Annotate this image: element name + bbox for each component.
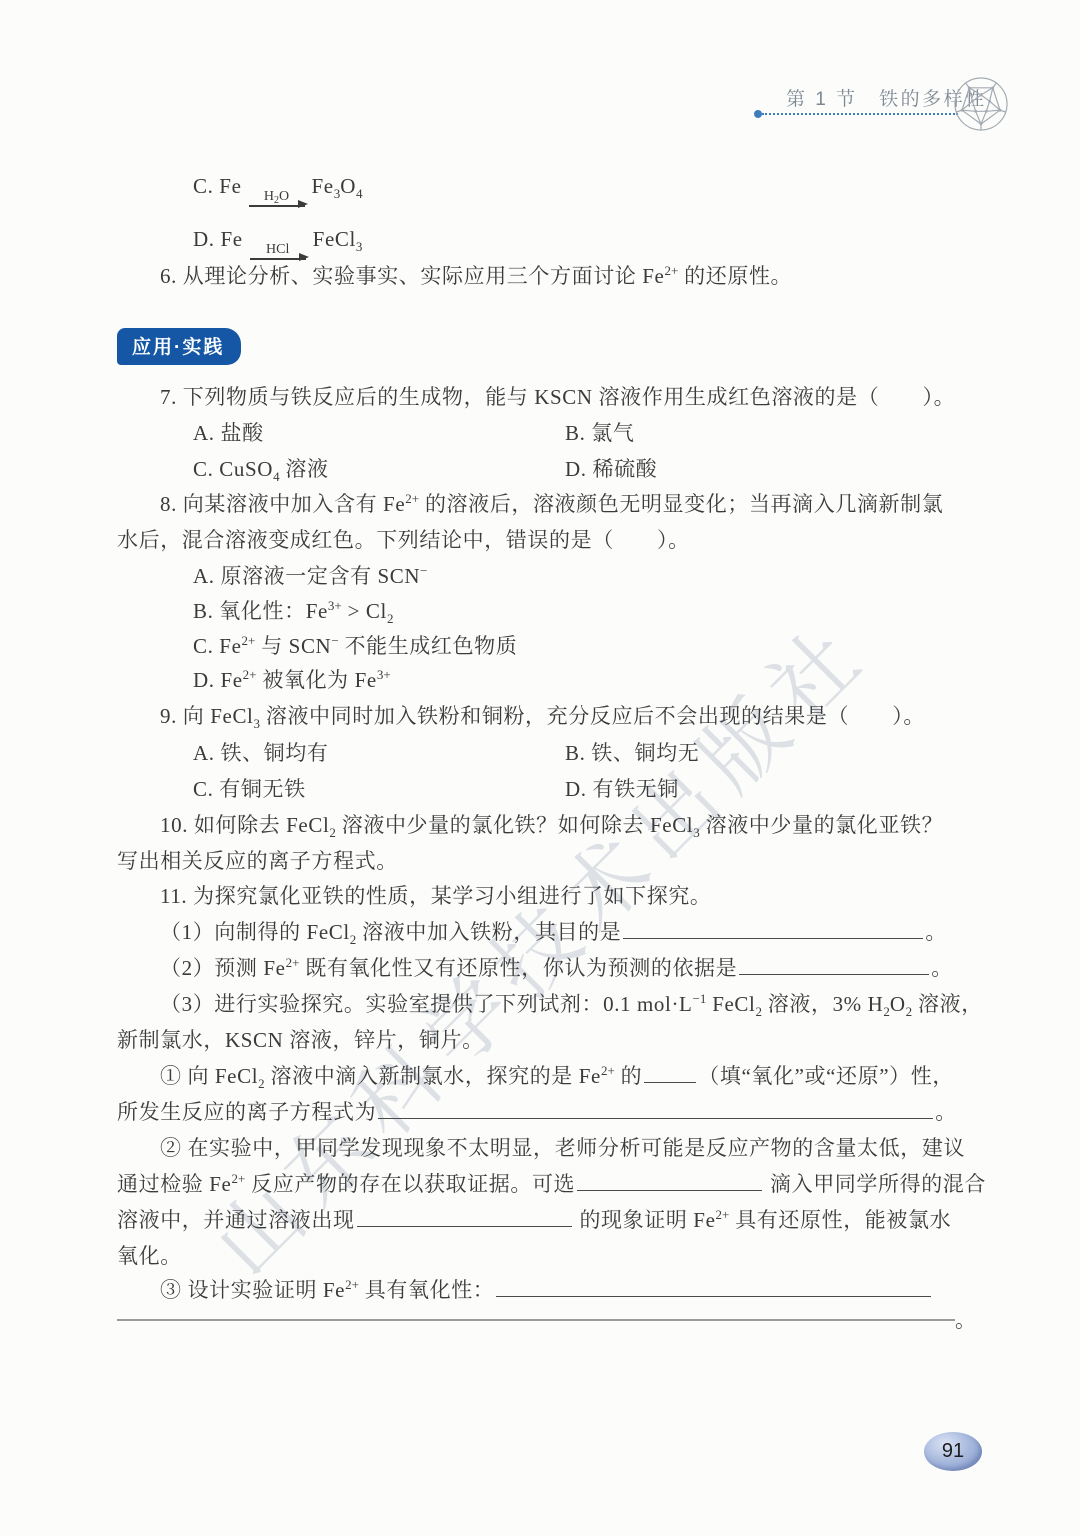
reaction-arrow: H2O bbox=[249, 189, 305, 212]
subscript-text: 2 bbox=[274, 195, 279, 206]
text-segment: B. 铁、铜均无 bbox=[565, 741, 699, 765]
text-segment: 所发生反应的离子方程式为 bbox=[117, 1100, 376, 1124]
text-segment: 。 bbox=[935, 1100, 957, 1124]
text-segment: 溶液中，并通过溶液出现 bbox=[117, 1208, 355, 1232]
option-9d: D. 有铁无铜 bbox=[565, 775, 679, 803]
subscript-text: 3 bbox=[693, 825, 700, 840]
superscript-text: 2+ bbox=[286, 955, 300, 970]
superscript-text: −1 bbox=[693, 991, 707, 1006]
text-segment: > Cl bbox=[342, 599, 387, 623]
textbook-page: 山东科学技术出版社 第 1 节 铁的多样性 应用·实践 C. FeH2OFe3O… bbox=[0, 0, 1080, 1536]
text-segment: 。 bbox=[931, 956, 953, 980]
item-circle-2-line-2: 通过检验 Fe2+ 反应产物的存在以获取证据。可选 滴入甲同学所得的混合 bbox=[117, 1170, 986, 1198]
text-segment: H bbox=[264, 189, 274, 204]
text-segment: 溶液， bbox=[912, 992, 983, 1016]
option-8b: B. 氧化性：Fe3+ > Cl2 bbox=[193, 597, 393, 625]
option-9a: A. 铁、铜均有 bbox=[193, 739, 328, 767]
text-segment: O bbox=[279, 189, 289, 204]
item-circle-3: ③ 设计实验证明 Fe2+ 具有氧化性： bbox=[160, 1276, 933, 1304]
text-segment: 被氧化为 Fe bbox=[257, 668, 377, 692]
text-segment: O bbox=[340, 174, 356, 198]
text-segment: A. 铁、铜均有 bbox=[193, 741, 328, 765]
text-segment: 氧化。 bbox=[117, 1244, 182, 1268]
subscript-text: 2 bbox=[350, 932, 357, 947]
text-segment: D. 有铁无铜 bbox=[565, 777, 679, 801]
text-segment: 溶液中同时加入铁粉和铜粉，充分反应后不会出现的结果是（ ）。 bbox=[260, 704, 925, 728]
text-segment: ② 在实验中，甲同学发现现象不太明显，老师分析可能是反应产物的含量太低，建议 bbox=[160, 1136, 965, 1160]
arrow-line bbox=[250, 258, 306, 260]
text-segment: 既有氧化性又有还原性，你认为预测的依据是 bbox=[299, 956, 737, 980]
answer-blank bbox=[644, 1080, 696, 1083]
text-segment: FeCl bbox=[313, 227, 356, 251]
text-segment: 写出相关反应的离子方程式。 bbox=[117, 849, 398, 873]
text-segment: C. CuSO bbox=[193, 457, 273, 481]
question-11-part-3-line-1: （3）进行实验探究。实验室提供了下列试剂：0.1 mol·L−1 FeCl2 溶… bbox=[160, 990, 983, 1018]
text-segment: （填“氧化”或“还原”）性， bbox=[698, 1064, 954, 1088]
text-segment: （3）进行实验探究。实验室提供了下列试剂：0.1 mol·L bbox=[160, 992, 693, 1016]
text-segment: 6. 从理论分析、实验事实、实际应用三个方面讨论 Fe bbox=[160, 264, 664, 288]
text-segment: HCl bbox=[266, 242, 289, 257]
page-number: 91 bbox=[942, 1440, 964, 1463]
text-segment: 10. 如何除去 FeCl bbox=[160, 813, 329, 837]
text-segment: 溶液中少量的氯化亚铁？ bbox=[700, 813, 943, 837]
text-segment: Fe bbox=[312, 174, 334, 198]
subscript-text: 3 bbox=[356, 239, 363, 254]
text-segment: 8. 向某溶液中加入含有 Fe bbox=[160, 492, 405, 516]
text-segment: D. Fe bbox=[193, 227, 243, 251]
text-segment: 溶液 bbox=[280, 457, 329, 481]
option-7d: D. 稀硫酸 bbox=[565, 455, 657, 483]
superscript-text: 2+ bbox=[231, 1171, 245, 1186]
text-segment: 滴入甲同学所得的混合 bbox=[764, 1172, 986, 1196]
item-circle-2-line-3: 溶液中，并通过溶液出现 的现象证明 Fe2+ 具有还原性，能被氯水 bbox=[117, 1206, 951, 1234]
arrow-line bbox=[249, 205, 305, 207]
question-7: 7. 下列物质与铁反应后的生成物，能与 KSCN 溶液作用生成红色溶液的是（ ）… bbox=[160, 383, 955, 411]
answer-blank bbox=[739, 972, 929, 975]
text-segment: 具有还原性，能被氯水 bbox=[729, 1208, 951, 1232]
answer-blank bbox=[496, 1294, 931, 1297]
reaction-line-c: C. FeH2OFe3O4 bbox=[193, 172, 362, 212]
question-6: 6. 从理论分析、实验事实、实际应用三个方面讨论 Fe2+ 的还原性。 bbox=[160, 262, 792, 290]
text-segment: 与 SCN bbox=[255, 634, 331, 658]
text-segment: 11. 为探究氯化亚铁的性质，某学习小组进行了如下探究。 bbox=[160, 884, 712, 908]
answer-blank bbox=[577, 1188, 762, 1191]
text-segment: C. Fe bbox=[193, 174, 242, 198]
text-segment: 的溶液后，溶液颜色无明显变化；当再滴入几滴新制氯 bbox=[419, 492, 943, 516]
text-segment: 7. 下列物质与铁反应后的生成物，能与 KSCN 溶液作用生成红色溶液的是（ ）… bbox=[160, 385, 955, 409]
question-11: 11. 为探究氯化亚铁的性质，某学习小组进行了如下探究。 bbox=[160, 882, 712, 910]
subscript-text: 2 bbox=[906, 1004, 913, 1019]
text-segment: O bbox=[890, 992, 906, 1016]
text-segment: ③ 设计实验证明 Fe bbox=[160, 1278, 345, 1302]
text-segment: A. 盐酸 bbox=[193, 421, 264, 445]
text-segment: 的 bbox=[615, 1064, 642, 1088]
superscript-text: 2+ bbox=[601, 1063, 615, 1078]
text-segment: A. 原溶液一定含有 SCN bbox=[193, 564, 420, 588]
text-segment: D. 稀硫酸 bbox=[565, 457, 657, 481]
text-segment: C. Fe bbox=[193, 634, 242, 658]
subscript-text: 4 bbox=[356, 186, 363, 201]
text-segment: B. 氯气 bbox=[565, 421, 635, 445]
subscript-text: 2 bbox=[387, 611, 394, 626]
page-body: C. FeH2OFe3O4D. FeHClFeCl36. 从理论分析、实验事实、… bbox=[0, 0, 1080, 1536]
question-8-line-1: 8. 向某溶液中加入含有 Fe2+ 的溶液后，溶液颜色无明显变化；当再滴入几滴新… bbox=[160, 490, 943, 518]
answer-blank bbox=[357, 1224, 572, 1227]
superscript-text: 2+ bbox=[242, 633, 256, 648]
text-segment: 。 bbox=[955, 1308, 977, 1332]
text-segment: D. Fe bbox=[193, 668, 243, 692]
text-segment: 通过检验 Fe bbox=[117, 1172, 231, 1196]
text-segment: 具有氧化性： bbox=[359, 1278, 494, 1302]
text-segment: FeCl bbox=[706, 992, 755, 1016]
item-circle-1-line-2: 所发生反应的离子方程式为。 bbox=[117, 1098, 957, 1126]
item-circle-2-line-4: 氧化。 bbox=[117, 1242, 182, 1270]
question-8-line-2: 水后，混合溶液变成红色。下列结论中，错误的是（ ）。 bbox=[117, 526, 690, 554]
option-9c: C. 有铜无铁 bbox=[193, 775, 306, 803]
arrow-condition-label: H2O bbox=[264, 189, 289, 204]
text-segment: （1）向制得的 FeCl bbox=[160, 920, 350, 944]
option-9b: B. 铁、铜均无 bbox=[565, 739, 699, 767]
text-segment: 的现象证明 Fe bbox=[574, 1208, 716, 1232]
text-segment: C. 有铜无铁 bbox=[193, 777, 306, 801]
text-segment: 溶液中加入铁粉，其目的是 bbox=[356, 920, 621, 944]
subscript-text: 3 bbox=[334, 186, 341, 201]
superscript-text: 2+ bbox=[405, 491, 419, 506]
text-segment: 溶液中少量的氯化铁？如何除去 FeCl bbox=[336, 813, 693, 837]
superscript-text: 2+ bbox=[243, 667, 257, 682]
text-segment: 不能生成红色物质 bbox=[339, 634, 518, 658]
superscript-text: 2+ bbox=[716, 1207, 730, 1222]
reaction-line-d: D. FeHClFeCl3 bbox=[193, 225, 362, 265]
superscript-text: 3+ bbox=[377, 667, 391, 682]
superscript-text: − bbox=[331, 633, 338, 648]
item-circle-1-line-1: ① 向 FeCl2 溶液中滴入新制氯水，探究的是 Fe2+ 的（填“氧化”或“还… bbox=[160, 1062, 954, 1090]
subscript-text: 4 bbox=[273, 469, 280, 484]
option-7c: C. CuSO4 溶液 bbox=[193, 455, 329, 483]
text-segment: 水后，混合溶液变成红色。下列结论中，错误的是（ ）。 bbox=[117, 528, 690, 552]
text-segment: 的还原性。 bbox=[678, 264, 792, 288]
subscript-text: 3 bbox=[254, 716, 261, 731]
text-segment: B. 氧化性：Fe bbox=[193, 599, 328, 623]
question-10-line-2: 写出相关反应的离子方程式。 bbox=[117, 847, 398, 875]
text-segment: 9. 向 FeCl bbox=[160, 704, 254, 728]
item-circle-2-line-1: ② 在实验中，甲同学发现现象不太明显，老师分析可能是反应产物的含量太低，建议 bbox=[160, 1134, 965, 1162]
subscript-text: 2 bbox=[258, 1076, 265, 1091]
question-11-part-1: （1）向制得的 FeCl2 溶液中加入铁粉，其目的是。 bbox=[160, 918, 947, 946]
option-8a: A. 原溶液一定含有 SCN− bbox=[193, 562, 428, 590]
question-11-part-2: （2）预测 Fe2+ 既有氧化性又有还原性，你认为预测的依据是。 bbox=[160, 954, 953, 982]
answer-blank bbox=[378, 1116, 933, 1119]
text-segment: 反应产物的存在以获取证据。可选 bbox=[245, 1172, 575, 1196]
superscript-text: 2+ bbox=[664, 263, 678, 278]
option-8c: C. Fe2+ 与 SCN− 不能生成红色物质 bbox=[193, 632, 517, 660]
page-number-badge: 91 bbox=[924, 1432, 982, 1471]
option-8d: D. Fe2+ 被氧化为 Fe3+ bbox=[193, 666, 391, 694]
subscript-text: 2 bbox=[883, 1004, 890, 1019]
question-11-part-3-line-2: 新制氯水，KSCN 溶液，锌片，铜片。 bbox=[117, 1026, 484, 1054]
subscript-text: 2 bbox=[329, 825, 336, 840]
superscript-text: 3+ bbox=[328, 598, 342, 613]
question-9: 9. 向 FeCl3 溶液中同时加入铁粉和铜粉，充分反应后不会出现的结果是（ ）… bbox=[160, 702, 925, 730]
text-segment: 新制氯水，KSCN 溶液，锌片，铜片。 bbox=[117, 1028, 484, 1052]
text-segment: 。 bbox=[925, 920, 947, 944]
option-7a: A. 盐酸 bbox=[193, 419, 264, 447]
answer-rule-line: 。 bbox=[117, 1306, 977, 1334]
text-segment: 溶液中滴入新制氯水，探究的是 Fe bbox=[265, 1064, 601, 1088]
text-segment: （2）预测 Fe bbox=[160, 956, 286, 980]
subscript-text: 2 bbox=[755, 1004, 762, 1019]
question-10-line-1: 10. 如何除去 FeCl2 溶液中少量的氯化铁？如何除去 FeCl3 溶液中少… bbox=[160, 811, 943, 839]
superscript-text: − bbox=[420, 563, 427, 578]
arrow-condition-label: HCl bbox=[266, 242, 289, 257]
superscript-text: 2+ bbox=[345, 1277, 359, 1292]
text-segment: 溶液，3% H bbox=[762, 992, 883, 1016]
answer-blank bbox=[623, 936, 923, 939]
option-7b: B. 氯气 bbox=[565, 419, 635, 447]
text-segment: ① 向 FeCl bbox=[160, 1064, 258, 1088]
divider-line bbox=[117, 1319, 955, 1321]
